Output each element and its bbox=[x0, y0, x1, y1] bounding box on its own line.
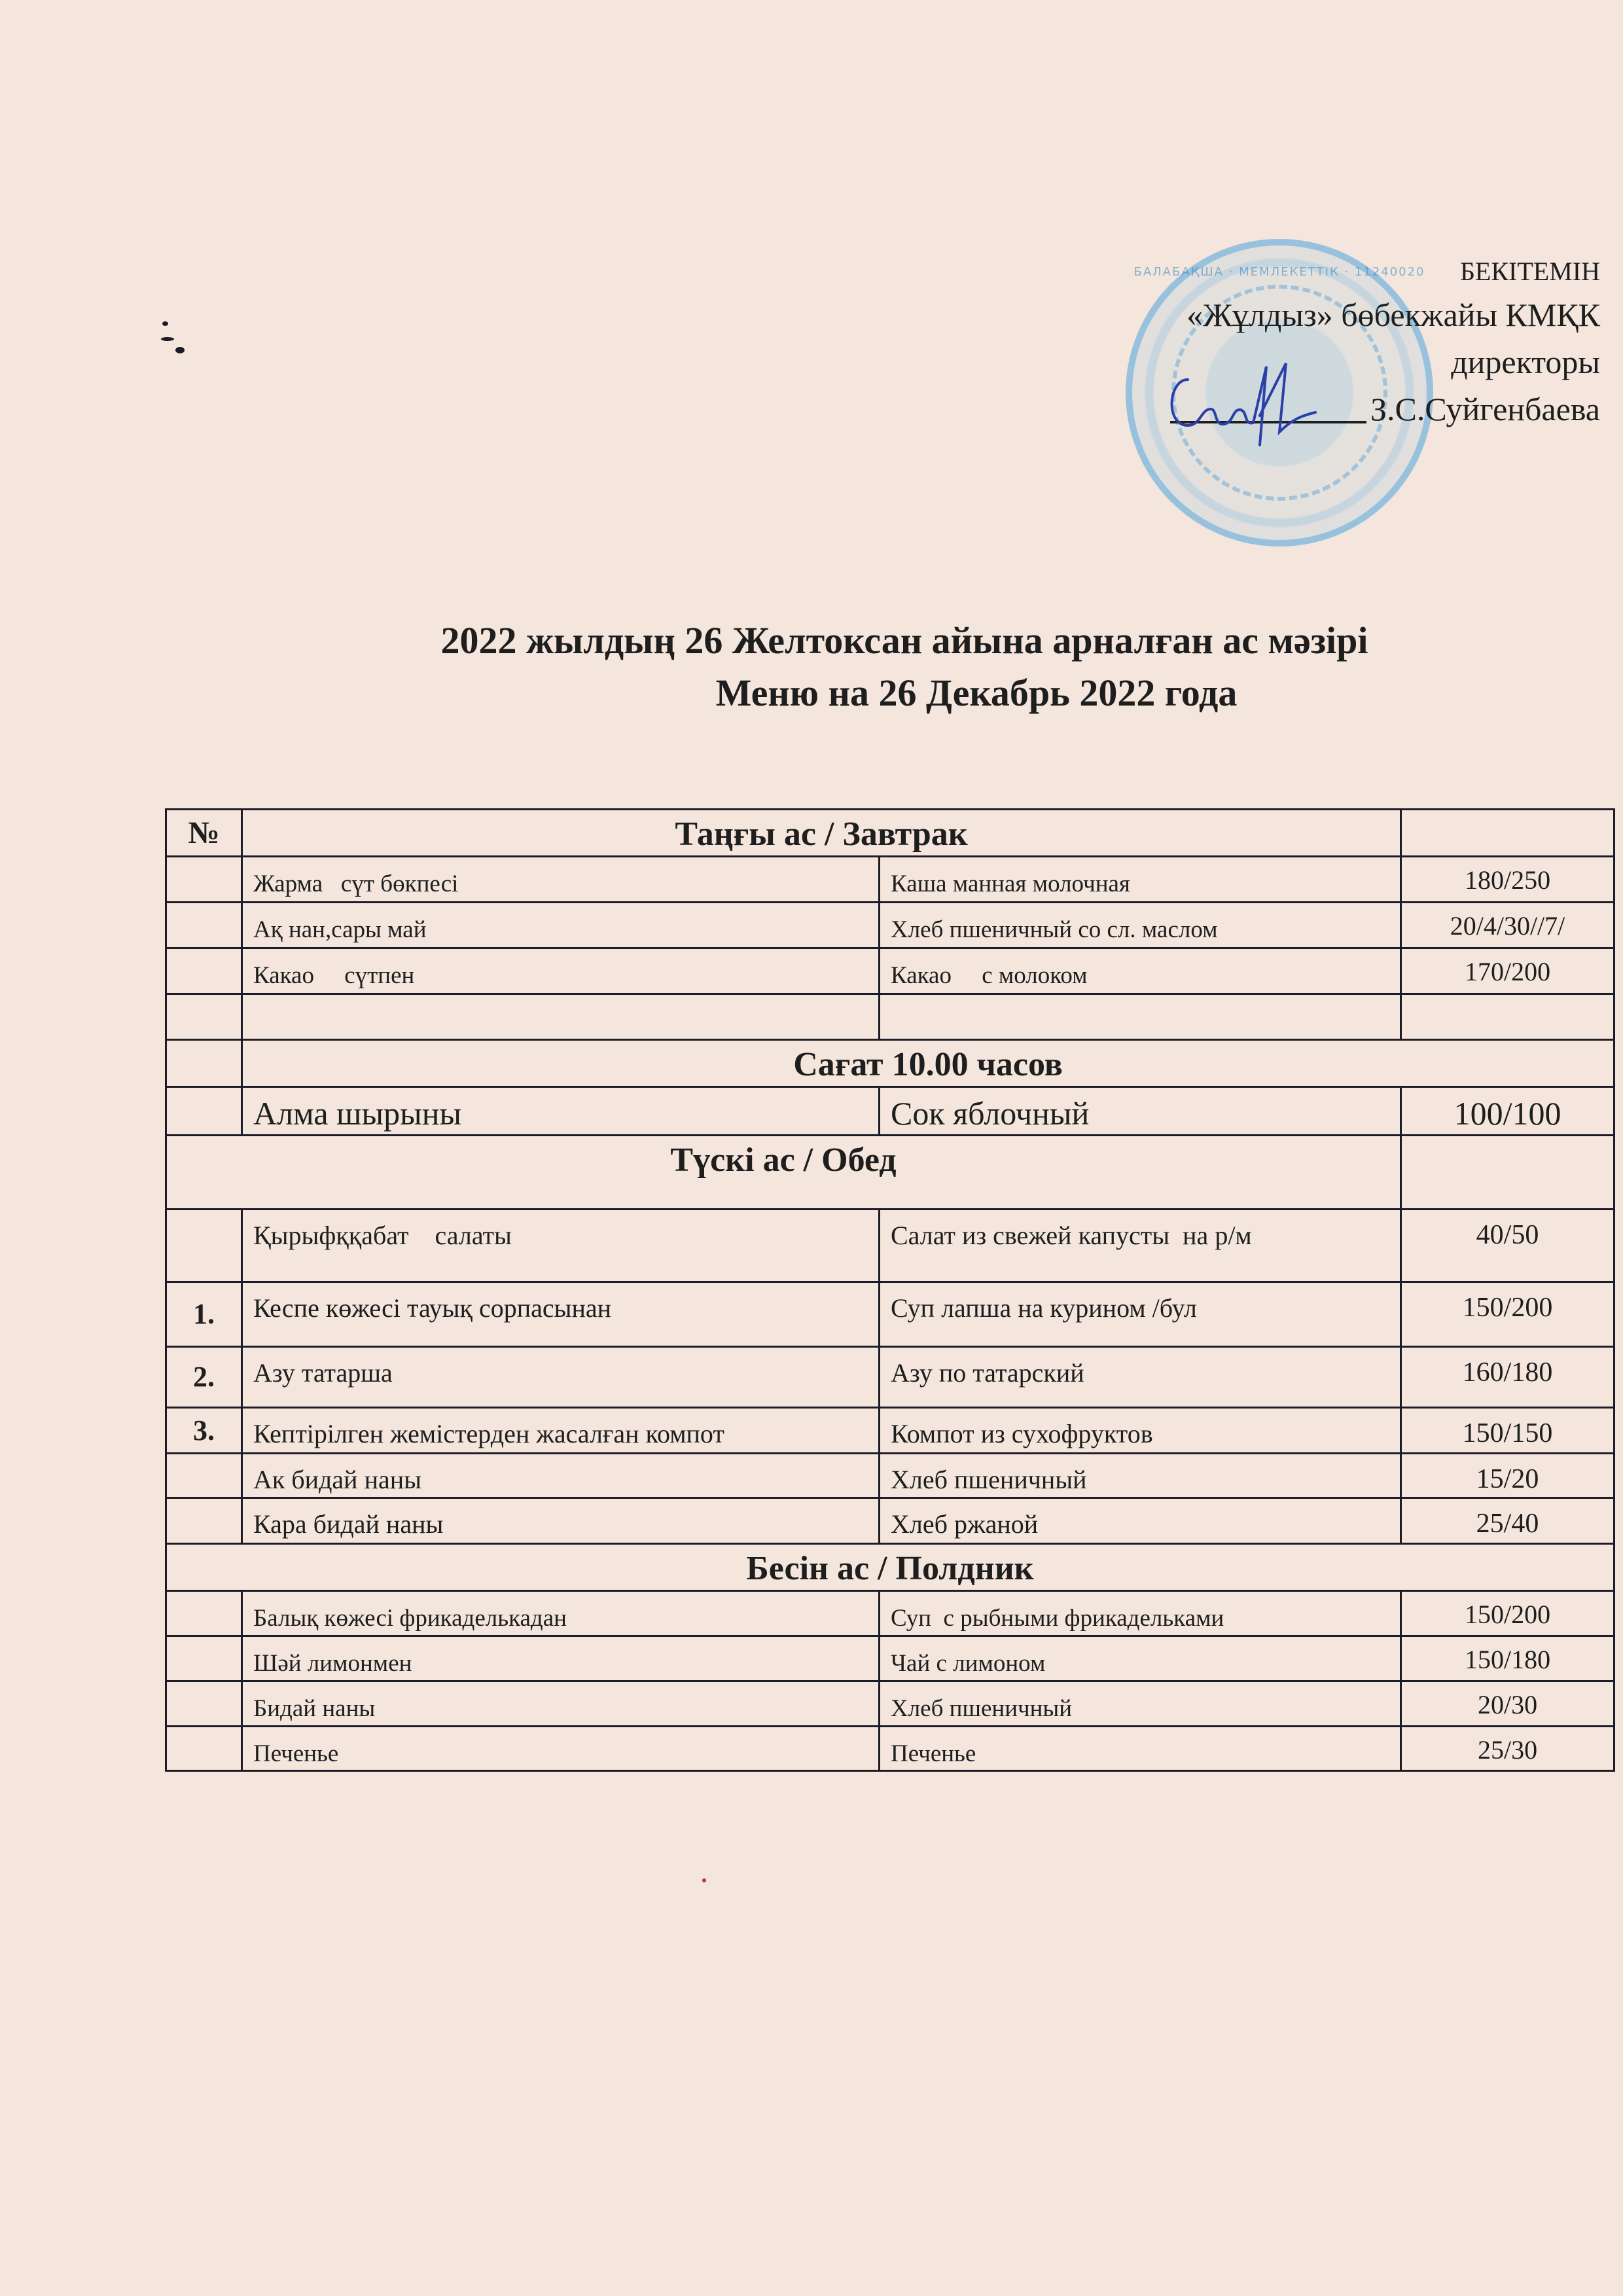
dish-ru: Суп лапша на курином /бул bbox=[880, 1282, 1401, 1346]
dish-kz: Ак бидай наны bbox=[242, 1453, 880, 1498]
table-row: Қырыфққабат салаты Салат из свежей капус… bbox=[166, 1209, 1614, 1282]
snack-10-header-row: Сағат 10.00 часов bbox=[166, 1040, 1614, 1087]
section-afternoon: Бесін ас / Полдник bbox=[166, 1543, 1614, 1590]
row-number bbox=[166, 1453, 242, 1498]
portion-weight: 25/40 bbox=[1401, 1498, 1614, 1543]
title-kz: 2022 жылдың 26 Желтоксан айына арналған … bbox=[440, 619, 1368, 662]
portion-weight: 160/180 bbox=[1401, 1346, 1614, 1407]
table-row: 3. Кептірілген жемістерден жасалған комп… bbox=[166, 1407, 1614, 1453]
dish-kz: Печенье bbox=[242, 1726, 880, 1770]
table-row: 2. Азу татарша Азу по татарский 160/180 bbox=[166, 1346, 1614, 1407]
dish-kz: Кара бидай наны bbox=[242, 1498, 880, 1543]
row-number bbox=[166, 1590, 242, 1636]
section-snack-10: Сағат 10.00 часов bbox=[242, 1040, 1614, 1087]
dish-ru: Азу по татарский bbox=[880, 1346, 1401, 1407]
menu-table: № Таңғы ас / Завтрак Жарма сүт бөкпесі К… bbox=[165, 808, 1615, 1772]
signature-icon bbox=[1162, 353, 1332, 452]
portion-weight: 20/30 bbox=[1401, 1681, 1614, 1726]
row-number bbox=[166, 1209, 242, 1282]
number-header: № bbox=[166, 810, 242, 857]
portion-weight: 20/4/30//7/ bbox=[1401, 903, 1614, 948]
dish-kz: Шәй лимонмен bbox=[242, 1636, 880, 1681]
row-number bbox=[166, 903, 242, 948]
portion-weight: 150/180 bbox=[1401, 1636, 1614, 1681]
table-row: Шәй лимонмен Чай с лимоном 150/180 bbox=[166, 1636, 1614, 1681]
portion-weight bbox=[1401, 994, 1614, 1040]
row-number bbox=[166, 948, 242, 994]
section-lunch: Түскі ас / Обед bbox=[166, 1135, 1401, 1209]
table-row: Балық көжесі фрикаделькадан Суп с рыбным… bbox=[166, 1590, 1614, 1636]
table-row: Какао сүтпен Какао с молоком 170/200 bbox=[166, 948, 1614, 994]
approval-name: З.С.Суйгенбаева bbox=[1370, 386, 1600, 433]
table-row-empty bbox=[166, 994, 1614, 1040]
row-number bbox=[166, 1087, 242, 1136]
row-number bbox=[166, 1636, 242, 1681]
dish-kz: Алма шырыны bbox=[242, 1087, 880, 1136]
row-number bbox=[166, 857, 242, 903]
row-number: 3. bbox=[166, 1407, 242, 1453]
row-number bbox=[166, 1681, 242, 1726]
dish-kz bbox=[242, 994, 880, 1040]
dish-ru: Хлеб ржаной bbox=[880, 1498, 1401, 1543]
approval-organization: «Жұлдыз» бөбекжайы КМҚК bbox=[1170, 291, 1600, 338]
row-number: 1. bbox=[166, 1282, 242, 1346]
scan-speck bbox=[702, 1878, 706, 1882]
approval-title: БЕКІТЕМІН bbox=[1170, 252, 1600, 291]
scan-speck bbox=[161, 337, 174, 341]
row-number bbox=[166, 1726, 242, 1770]
lunch-header-row: Түскі ас / Обед bbox=[166, 1135, 1614, 1209]
table-row: Кара бидай наны Хлеб ржаной 25/40 bbox=[166, 1498, 1614, 1543]
dish-kz: Ақ нан,сары май bbox=[242, 903, 880, 948]
portion-weight: 150/150 bbox=[1401, 1407, 1614, 1453]
dish-ru bbox=[880, 994, 1401, 1040]
table-row: Ак бидай наны Хлеб пшеничный 15/20 bbox=[166, 1453, 1614, 1498]
dish-kz: Қырыфққабат салаты bbox=[242, 1209, 880, 1282]
row-number bbox=[166, 1498, 242, 1543]
portion-weight: 150/200 bbox=[1401, 1282, 1614, 1346]
dish-kz: Жарма сүт бөкпесі bbox=[242, 857, 880, 903]
dish-ru: Сок яблочный bbox=[880, 1087, 1401, 1136]
row-number bbox=[166, 994, 242, 1040]
portion-weight: 15/20 bbox=[1401, 1453, 1614, 1498]
table-row: Жарма сүт бөкпесі Каша манная молочная 1… bbox=[166, 857, 1614, 903]
portion-weight: 40/50 bbox=[1401, 1209, 1614, 1282]
dish-ru: Хлеб пшеничный bbox=[880, 1453, 1401, 1498]
breakfast-header-row: № Таңғы ас / Завтрак bbox=[166, 810, 1614, 857]
dish-kz: Балық көжесі фрикаделькадан bbox=[242, 1590, 880, 1636]
row-number: 2. bbox=[166, 1346, 242, 1407]
empty-cell bbox=[1401, 1135, 1614, 1209]
dish-kz: Бидай наны bbox=[242, 1681, 880, 1726]
portion-weight: 180/250 bbox=[1401, 857, 1614, 903]
table-row: Алма шырыны Сок яблочный 100/100 bbox=[166, 1087, 1614, 1136]
title-ru: Меню на 26 Декабрь 2022 года bbox=[716, 671, 1238, 715]
table-row: Ақ нан,сары май Хлеб пшеничный со сл. ма… bbox=[166, 903, 1614, 948]
dish-kz: Азу татарша bbox=[242, 1346, 880, 1407]
portion-weight: 100/100 bbox=[1401, 1087, 1614, 1136]
dish-ru: Какао с молоком bbox=[880, 948, 1401, 994]
dish-ru: Суп с рыбными фрикадельками bbox=[880, 1590, 1401, 1636]
portion-weight: 25/30 bbox=[1401, 1726, 1614, 1770]
section-breakfast: Таңғы ас / Завтрак bbox=[242, 810, 1401, 857]
dish-kz: Какао сүтпен bbox=[242, 948, 880, 994]
portion-weight: 170/200 bbox=[1401, 948, 1614, 994]
empty-cell bbox=[166, 1040, 242, 1087]
empty-cell bbox=[1401, 810, 1614, 857]
dish-ru: Хлеб пшеничный bbox=[880, 1681, 1401, 1726]
dish-kz: Кеспе көжесі тауық сорпасынан bbox=[242, 1282, 880, 1346]
table-row: Печенье Печенье 25/30 bbox=[166, 1726, 1614, 1770]
afternoon-header-row: Бесін ас / Полдник bbox=[166, 1543, 1614, 1590]
table-row: 1. Кеспе көжесі тауық сорпасынан Суп лап… bbox=[166, 1282, 1614, 1346]
table-row: Бидай наны Хлеб пшеничный 20/30 bbox=[166, 1681, 1614, 1726]
dish-ru: Печенье bbox=[880, 1726, 1401, 1770]
dish-kz: Кептірілген жемістерден жасалған компот bbox=[242, 1407, 880, 1453]
scan-speck bbox=[162, 321, 168, 326]
portion-weight: 150/200 bbox=[1401, 1590, 1614, 1636]
scan-speck bbox=[175, 347, 185, 353]
dish-ru: Компот из сухофруктов bbox=[880, 1407, 1401, 1453]
dish-ru: Салат из свежей капусты на р/м bbox=[880, 1209, 1401, 1282]
dish-ru: Каша манная молочная bbox=[880, 857, 1401, 903]
dish-ru: Хлеб пшеничный со сл. маслом bbox=[880, 903, 1401, 948]
dish-ru: Чай с лимоном bbox=[880, 1636, 1401, 1681]
